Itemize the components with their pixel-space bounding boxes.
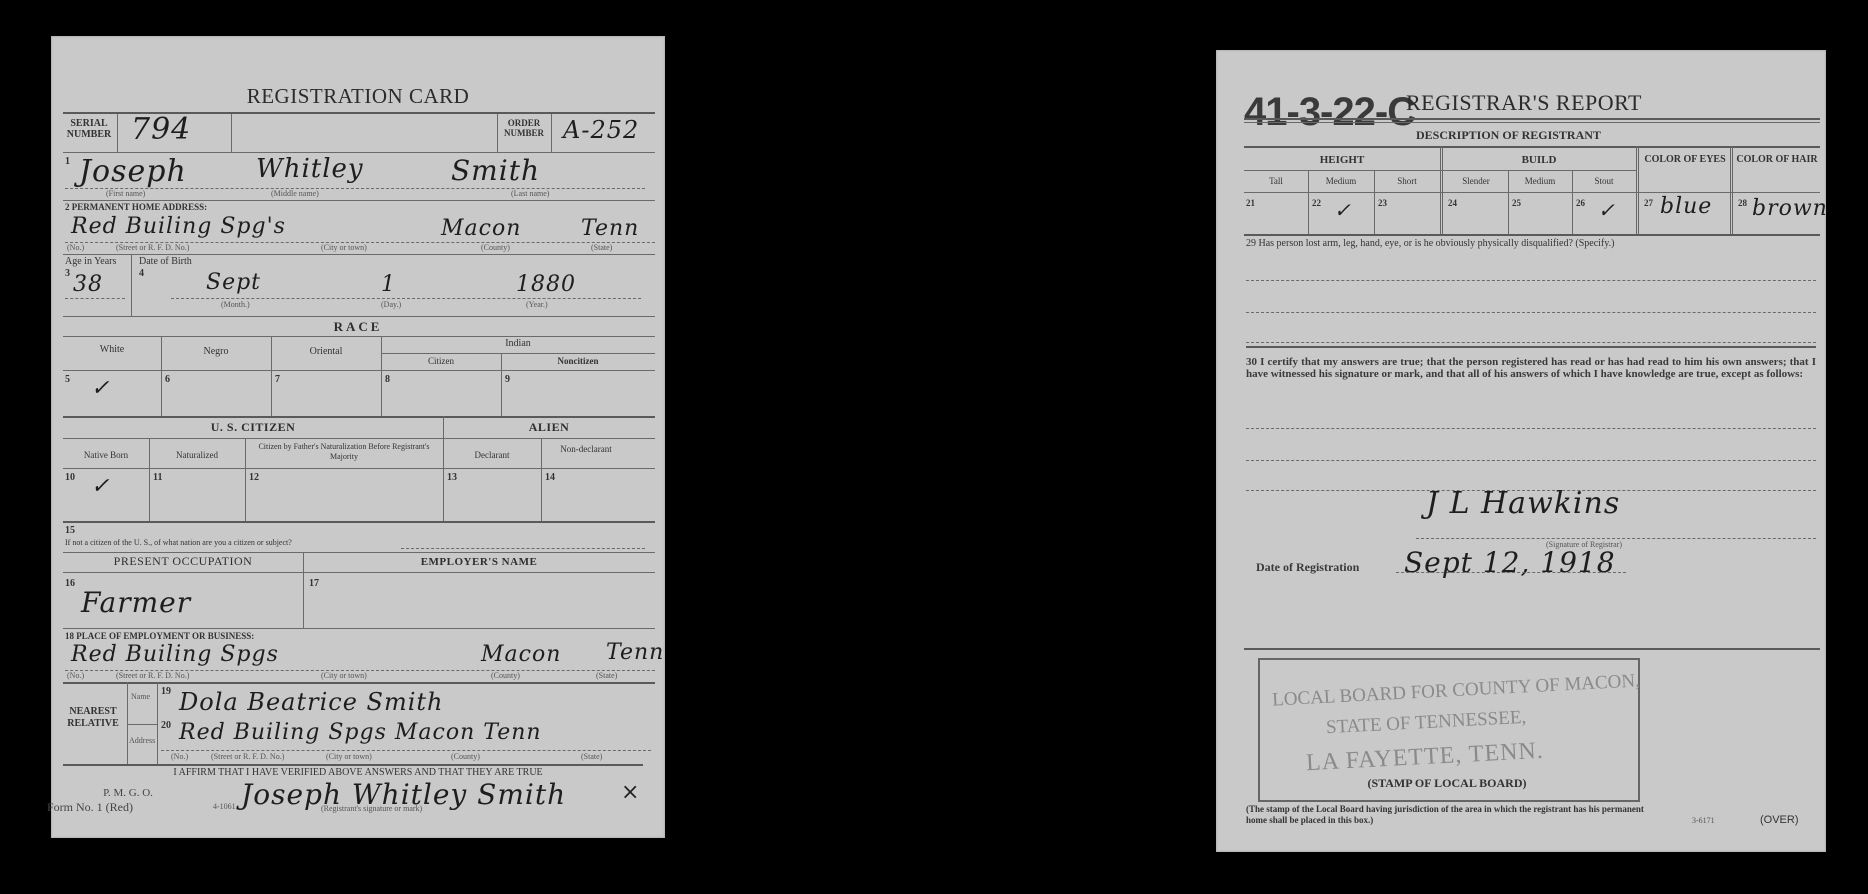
race-white-check: ✓ bbox=[91, 376, 110, 401]
date-of-registration-label: Date of Registration bbox=[1256, 560, 1359, 575]
home-address-state: Tenn bbox=[581, 216, 639, 241]
build-stout-check: ✓ bbox=[1598, 198, 1616, 222]
date-of-registration-value: Sept 12, 1918 bbox=[1404, 546, 1616, 579]
employment-place-state: Tenn bbox=[606, 640, 664, 665]
order-number-value: A-252 bbox=[563, 116, 639, 144]
home-address-label: 2 PERMANENT HOME ADDRESS: bbox=[65, 202, 207, 212]
stamp-footnote: (The stamp of the Local Board having jur… bbox=[1246, 804, 1646, 826]
stamp-caption: (STAMP OF LOCAL BOARD) bbox=[1258, 776, 1636, 791]
age-value: 38 bbox=[73, 272, 103, 297]
question-30: 30 I certify that my answers are true; t… bbox=[1246, 356, 1816, 380]
registrars-report-card: 41-3-22-C REGISTRAR'S REPORT DESCRIPTION… bbox=[1216, 50, 1826, 852]
home-address-street: Red Builing Spg's bbox=[71, 214, 286, 239]
employer-header: EMPLOYER'S NAME bbox=[303, 556, 655, 568]
hair-header: COLOR OF HAIR bbox=[1734, 154, 1820, 165]
employment-place-label: 18 PLACE OF EMPLOYMENT OR BUSINESS: bbox=[65, 631, 254, 641]
occupation-header: PRESENT OCCUPATION bbox=[63, 554, 303, 569]
form-id: Form No. 1 (Red) bbox=[47, 800, 133, 815]
employment-place-county: Macon bbox=[481, 642, 561, 667]
race-header: RACE bbox=[51, 319, 665, 335]
eyes-header: COLOR OF EYES bbox=[1640, 154, 1730, 165]
dob-day: 1 bbox=[381, 272, 396, 297]
question-29: 29 Has person lost arm, leg, hand, eye, … bbox=[1246, 238, 1816, 250]
us-citizen-header: U. S. CITIZEN bbox=[63, 420, 443, 435]
employment-place-street: Red Builing Spgs bbox=[71, 642, 279, 667]
dob-year: 1880 bbox=[516, 272, 576, 297]
card-title: REGISTRATION CARD bbox=[51, 84, 665, 109]
nearest-relative-name: Dola Beatrice Smith bbox=[179, 688, 444, 716]
middle-name: Whitley bbox=[256, 154, 364, 184]
height-header: HEIGHT bbox=[1244, 154, 1440, 166]
signature-mark: × bbox=[621, 780, 640, 805]
build-header: BUILD bbox=[1444, 154, 1634, 166]
occupation-value: Farmer bbox=[81, 586, 191, 619]
order-number-label: ORDER NUMBER bbox=[499, 118, 549, 138]
nearest-relative-label: NEAREST RELATIVE bbox=[63, 706, 123, 730]
affirmation-text: I AFFIRM THAT I HAVE VERIFIED ABOVE ANSW… bbox=[51, 767, 665, 778]
hair-color-value: brown bbox=[1752, 196, 1828, 221]
last-name: Smith bbox=[451, 154, 540, 187]
serial-number-value: 794 bbox=[131, 112, 191, 147]
nearest-relative-address: Red Builing Spgs Macon Tenn bbox=[179, 720, 542, 745]
serial-number-label: SERIAL NUMBER bbox=[65, 118, 113, 140]
first-name: Joseph bbox=[79, 154, 187, 189]
dob-month: Sept bbox=[206, 270, 261, 295]
registration-card-front: REGISTRATION CARD SERIAL NUMBER 794 ORDE… bbox=[51, 36, 665, 838]
home-address-county: Macon bbox=[441, 216, 521, 241]
nation-question: If not a citizen of the U. S., of what n… bbox=[65, 538, 292, 547]
report-title: REGISTRAR'S REPORT bbox=[1406, 90, 1642, 116]
alien-header: ALIEN bbox=[443, 420, 655, 435]
registrar-signature: J L Hawkins bbox=[1426, 486, 1620, 521]
eye-color-value: blue bbox=[1660, 194, 1712, 219]
description-header: DESCRIPTION OF REGISTRANT bbox=[1416, 128, 1601, 143]
native-born-check: ✓ bbox=[91, 474, 110, 499]
over-label: (OVER) bbox=[1760, 814, 1799, 826]
stamp-code: 41-3-22-C bbox=[1244, 90, 1415, 135]
height-medium-check: ✓ bbox=[1334, 198, 1352, 222]
